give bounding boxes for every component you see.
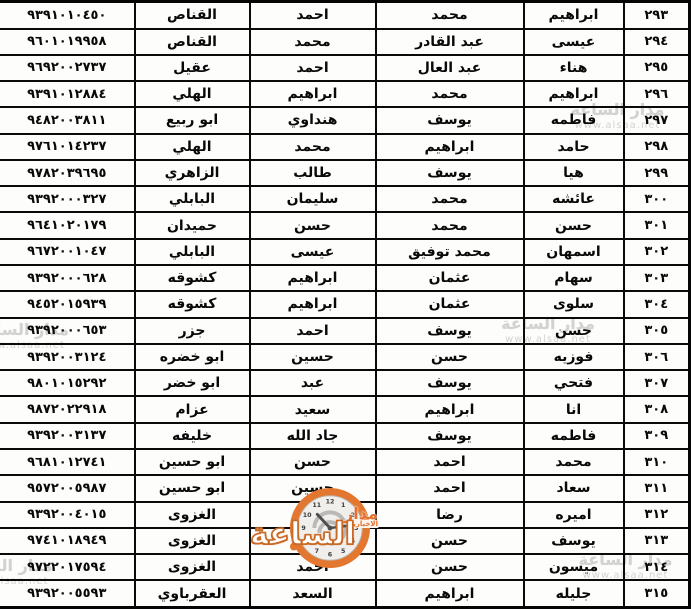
cell-family-name: القناص [135, 2, 250, 29]
cell-national-id: ٩٣٩٢٠٠٠٣٢٧ [0, 186, 135, 212]
cell-first-name: اميره [524, 502, 624, 528]
cell-first-name: حسن [524, 212, 624, 238]
cell-row-number: ٢٩٥ [624, 55, 690, 81]
cell-national-id: ٩٧٤١٠١٨٩٤٩ [0, 528, 135, 554]
cell-row-number: ٣١٤ [624, 554, 690, 580]
cell-first-name: جليله [524, 580, 624, 607]
cell-first-name: عائشه [524, 186, 624, 212]
cell-grandfather-name: سعيد [250, 396, 376, 422]
cell-father-name: رضا [376, 502, 524, 528]
cell-father-name: حسن [376, 344, 524, 370]
table-row: ٣٠٤ سلوى عثمان ابراهيم كشوقه ٩٤٥٢٠١٥٩٣٩ [0, 291, 690, 317]
cell-first-name: ابراهيم [524, 81, 624, 107]
cell-row-number: ٣١١ [624, 475, 690, 501]
cell-row-number: ٣٠٠ [624, 186, 690, 212]
cell-family-name: ابو خضره [135, 344, 250, 370]
cell-father-name: يوسف [376, 160, 524, 186]
cell-father-name: عثمان [376, 265, 524, 291]
cell-father-name: احمد [376, 475, 524, 501]
cell-national-id: ٩٦٤١٠٢٠١٧٩ [0, 212, 135, 238]
table-row: ٣٠٦ فوزيه حسن حسين ابو خضره ٩٣٩٢٠٠٣١٢٤ [0, 344, 690, 370]
cell-father-name: حسن [376, 528, 524, 554]
table-row: ٣١٠ محمد احمد حسن ابو حسين ٩٦٨١٠١٢٧٤١ [0, 449, 690, 475]
cell-row-number: ٣٠٢ [624, 239, 690, 265]
cell-father-name: ابراهيم [376, 134, 524, 160]
cell-grandfather-name [250, 528, 376, 554]
cell-grandfather-name [250, 502, 376, 528]
cell-row-number: ٢٩٩ [624, 160, 690, 186]
cell-row-number: ٢٩٤ [624, 29, 690, 55]
cell-national-id: ٩٦٠١٠١٩٩٥٨ [0, 29, 135, 55]
cell-national-id: ٩٨٠١٠١٥٢٩٢ [0, 370, 135, 396]
cell-first-name: انا [524, 396, 624, 422]
cell-grandfather-name: هنداوي [250, 107, 376, 133]
cell-father-name: يوسف [376, 370, 524, 396]
cell-row-number: ٣٠٣ [624, 265, 690, 291]
cell-grandfather-name: محمد [250, 134, 376, 160]
cell-father-name: يوسف [376, 318, 524, 344]
cell-family-name: الغزوى [135, 554, 250, 580]
cell-grandfather-name: ابراهيم [250, 265, 376, 291]
cell-family-name: البابلي [135, 186, 250, 212]
table-row: ٢٩٥ هناء عبد العال احمد عقيل ٩٦٩٢٠٠٢٧٣٧ [0, 55, 690, 81]
cell-father-name: عبد العال [376, 55, 524, 81]
cell-family-name: ابو حسين [135, 475, 250, 501]
cell-national-id: ٩٣٩٢٠٠٤٠١٥ [0, 502, 135, 528]
cell-grandfather-name: سليمان [250, 186, 376, 212]
table-row: ٢٩٣ ابراهيم محمد احمد القناص ٩٣٩١٠١٠٤٥٠ [0, 2, 690, 29]
cell-row-number: ٣٠٧ [624, 370, 690, 396]
cell-first-name: سلوى [524, 291, 624, 317]
cell-first-name: هناء [524, 55, 624, 81]
cell-grandfather-name: حسن [250, 212, 376, 238]
cell-grandfather-name: عيسى [250, 239, 376, 265]
cell-row-number: ٣١٣ [624, 528, 690, 554]
cell-father-name: يوسف [376, 107, 524, 133]
cell-father-name: يوسف [376, 423, 524, 449]
cell-family-name: ابو خضر [135, 370, 250, 396]
table-row: ٣٠٥ حسن يوسف احمد جزر ٩٣٩٢٠٠٠٦٥٣ [0, 318, 690, 344]
cell-national-id: ٩٣٩٢٠٠٣١٣٧ [0, 423, 135, 449]
cell-family-name: الهلي [135, 81, 250, 107]
cell-national-id: ٩٣٩١٠١٠٤٥٠ [0, 2, 135, 29]
cell-grandfather-name: ابراهيم [250, 291, 376, 317]
table-row: ٢٩٧ فاطمه يوسف هنداوي ابو ربيع ٩٤٨٢٠٠٣٨١… [0, 107, 690, 133]
table-row: ٢٩٦ ابراهيم محمد ابراهيم الهلي ٩٣٩١٠١٢٨٨… [0, 81, 690, 107]
cell-row-number: ٣١٠ [624, 449, 690, 475]
cell-row-number: ٣٠٨ [624, 396, 690, 422]
cell-father-name: محمد [376, 212, 524, 238]
table-row: ٣٠٨ انا ابراهيم سعيد عزام ٩٨٧٢٠٢٢٩١٨ [0, 396, 690, 422]
cell-grandfather-name: طالب [250, 160, 376, 186]
cell-national-id: ٩٦٧٢٠٠١٠٤٧ [0, 239, 135, 265]
table-row: ٣١٤ ميسون حسن احمد الغزوى ٩٧٢٢٠١٧٥٩٤ [0, 554, 690, 580]
cell-national-id: ٩٧٨٢٠٣٩٦٩٥ [0, 160, 135, 186]
cell-family-name: كشوقه [135, 265, 250, 291]
cell-family-name: الغزوى [135, 502, 250, 528]
cell-family-name: القناص [135, 29, 250, 55]
cell-first-name: فتحي [524, 370, 624, 396]
cell-national-id: ٩٧٢٢٠١٧٥٩٤ [0, 554, 135, 580]
cell-first-name: اسمهان [524, 239, 624, 265]
table-row: ٣١٢ اميره رضا الغزوى ٩٣٩٢٠٠٤٠١٥ [0, 502, 690, 528]
cell-row-number: ٢٩٨ [624, 134, 690, 160]
cell-row-number: ٣٠٦ [624, 344, 690, 370]
cell-father-name: عثمان [376, 291, 524, 317]
cell-row-number: ٣٠٩ [624, 423, 690, 449]
table-row: ٣٠٣ سهام عثمان ابراهيم كشوقه ٩٣٩٢٠٠٠٦٢٨ [0, 265, 690, 291]
cell-father-name: عبد القادر [376, 29, 524, 55]
cell-father-name: ابراهيم [376, 580, 524, 607]
cell-national-id: ٩٤٥٢٠١٥٩٣٩ [0, 291, 135, 317]
cell-grandfather-name: ابراهيم [250, 81, 376, 107]
cell-father-name: محمد [376, 81, 524, 107]
cell-first-name: عيسى [524, 29, 624, 55]
cell-national-id: ٩٣٩٢٠٠٠٦٥٣ [0, 318, 135, 344]
cell-row-number: ٢٩٦ [624, 81, 690, 107]
table-row: ٣٠٢ اسمهان محمد توفيق عيسى البابلي ٩٦٧٢٠… [0, 239, 690, 265]
table-row: ٣٠٧ فتحي يوسف عبد ابو خضر ٩٨٠١٠١٥٢٩٢ [0, 370, 690, 396]
table-row: ٣٠١ حسن محمد حسن حميدان ٩٦٤١٠٢٠١٧٩ [0, 212, 690, 238]
cell-national-id: ٩٦٩٢٠٠٢٧٣٧ [0, 55, 135, 81]
cell-father-name: حسن [376, 554, 524, 580]
table-body: ٢٩٣ ابراهيم محمد احمد القناص ٩٣٩١٠١٠٤٥٠ … [0, 2, 690, 608]
cell-family-name: ابو حسين [135, 449, 250, 475]
cell-grandfather-name: احمد [250, 55, 376, 81]
cell-national-id: ٩٤٨٢٠٠٣٨١١ [0, 107, 135, 133]
table-row: ٣٠٠ عائشه محمد سليمان البابلي ٩٣٩٢٠٠٠٣٢٧ [0, 186, 690, 212]
table-row: ٣١٣ يوسف حسن الغزوى ٩٧٤١٠١٨٩٤٩ [0, 528, 690, 554]
table-row: ٢٩٩ هيا يوسف طالب الزاهري ٩٧٨٢٠٣٩٦٩٥ [0, 160, 690, 186]
table-row: ٣١٥ جليله ابراهيم السعد العقرباوي ٩٣٩٢٠٠… [0, 580, 690, 607]
cell-national-id: ٩٧٦١٠١٤٢٣٧ [0, 134, 135, 160]
cell-row-number: ٣٠٥ [624, 318, 690, 344]
cell-national-id: ٩٦٨١٠١٢٧٤١ [0, 449, 135, 475]
cell-first-name: ميسون [524, 554, 624, 580]
cell-national-id: ٩٣٩٢٠٠٥٥٩٣ [0, 580, 135, 607]
cell-father-name: محمد [376, 186, 524, 212]
cell-grandfather-name: احمد [250, 2, 376, 29]
cell-first-name: هيا [524, 160, 624, 186]
table-row: ٢٩٨ حامد ابراهيم محمد الهلي ٩٧٦١٠١٤٢٣٧ [0, 134, 690, 160]
cell-row-number: ٣١٥ [624, 580, 690, 607]
cell-grandfather-name: احمد [250, 554, 376, 580]
cell-national-id: ٩٣٩٢٠٠٣١٢٤ [0, 344, 135, 370]
cell-grandfather-name: حسين [250, 475, 376, 501]
cell-family-name: الغزوى [135, 528, 250, 554]
cell-family-name: الزاهري [135, 160, 250, 186]
cell-grandfather-name: احمد [250, 318, 376, 344]
cell-family-name: جزر [135, 318, 250, 344]
cell-grandfather-name: حسين [250, 344, 376, 370]
cell-family-name: الهلي [135, 134, 250, 160]
cell-first-name: محمد [524, 449, 624, 475]
cell-family-name: ابو ربيع [135, 107, 250, 133]
cell-family-name: كشوقه [135, 291, 250, 317]
cell-row-number: ٣١٢ [624, 502, 690, 528]
cell-first-name: ابراهيم [524, 2, 624, 29]
cell-row-number: ٣٠٤ [624, 291, 690, 317]
cell-first-name: حامد [524, 134, 624, 160]
document-page: مدار الساعة www.alsaa.net مدار الساعة ww… [0, 0, 691, 609]
cell-row-number: ٣٠١ [624, 212, 690, 238]
cell-grandfather-name: السعد [250, 580, 376, 607]
names-table: ٢٩٣ ابراهيم محمد احمد القناص ٩٣٩١٠١٠٤٥٠ … [0, 0, 691, 609]
cell-grandfather-name: جاد الله [250, 423, 376, 449]
cell-family-name: حميدان [135, 212, 250, 238]
cell-family-name: البابلي [135, 239, 250, 265]
cell-grandfather-name: عبد [250, 370, 376, 396]
cell-national-id: ٩٣٩١٠١٢٨٨٤ [0, 81, 135, 107]
cell-father-name: محمد توفيق [376, 239, 524, 265]
cell-national-id: ٩٨٧٢٠٢٢٩١٨ [0, 396, 135, 422]
cell-first-name: سهام [524, 265, 624, 291]
table-row: ٣٠٩ فاطمه يوسف جاد الله خليفه ٩٣٩٢٠٠٣١٣٧ [0, 423, 690, 449]
cell-family-name: عقيل [135, 55, 250, 81]
cell-father-name: ابراهيم [376, 396, 524, 422]
table-row: ٣١١ سعاد احمد حسين ابو حسين ٩٥٧٢٠٠٥٩٨٧ [0, 475, 690, 501]
cell-row-number: ٢٩٣ [624, 2, 690, 29]
cell-first-name: فاطمه [524, 107, 624, 133]
cell-family-name: العقرباوي [135, 580, 250, 607]
cell-grandfather-name: حسن [250, 449, 376, 475]
table-row: ٢٩٤ عيسى عبد القادر محمد القناص ٩٦٠١٠١٩٩… [0, 29, 690, 55]
cell-grandfather-name: محمد [250, 29, 376, 55]
cell-first-name: فوزيه [524, 344, 624, 370]
cell-national-id: ٩٥٧٢٠٠٥٩٨٧ [0, 475, 135, 501]
cell-row-number: ٢٩٧ [624, 107, 690, 133]
cell-father-name: احمد [376, 449, 524, 475]
cell-first-name: سعاد [524, 475, 624, 501]
cell-national-id: ٩٣٩٢٠٠٠٦٢٨ [0, 265, 135, 291]
cell-family-name: عزام [135, 396, 250, 422]
cell-first-name: يوسف [524, 528, 624, 554]
cell-family-name: خليفه [135, 423, 250, 449]
cell-first-name: فاطمه [524, 423, 624, 449]
cell-first-name: حسن [524, 318, 624, 344]
cell-father-name: محمد [376, 2, 524, 29]
